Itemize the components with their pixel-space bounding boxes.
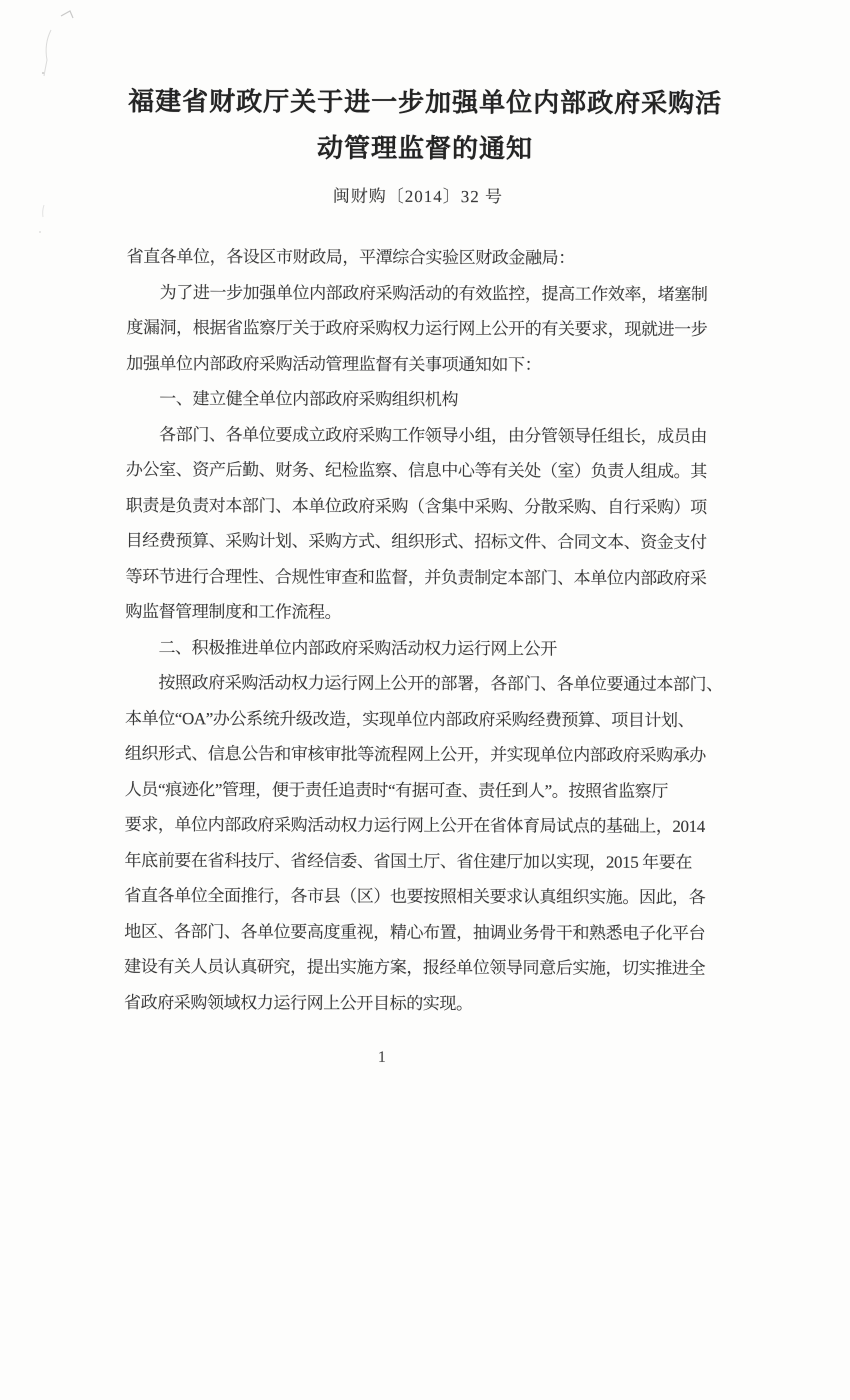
body-line: 二、积极推进单位内部政府采购活动权力运行网上公开 — [125, 629, 725, 667]
page-number: 1 — [378, 1049, 386, 1067]
body-line: 年底前要在省科技厅、省经信委、省国土厅、省住建厅加以实现，2015 年要在 — [124, 842, 724, 880]
body-line: 职责是负责对本部门、本单位政府采购（含集中采购、分散采购、自行采购）项 — [126, 487, 726, 525]
body-line: 办公室、资产后勤、财务、纪检监察、信息中心等有关处（室）负责人组成。其 — [126, 452, 726, 490]
body-line: 要求，单位内部政府采购活动权力运行网上公开在省体育局试点的基础上，2014 — [125, 807, 725, 845]
body-line: 人员“痕迹化”管理，便于责任追责时“有据可查、责任到人”。按照省监察厅 — [125, 771, 725, 809]
body-line: 目经费预算、采购计划、采购方式、组织形式、招标文件、合同文本、资金支付 — [126, 523, 726, 561]
body-line: 建设有关人员认真研究，提出实施方案，报经单位领导同意后实施，切实推进全 — [124, 949, 724, 987]
body-line: 省政府采购领域权力运行网上公开目标的实现。 — [124, 984, 724, 1022]
body-line: 等环节进行合理性、合规性审查和监督，并负责制定本部门、本单位内部政府采 — [125, 558, 725, 596]
body-line: 为了进一步加强单位内部政府采购活动的有效监控，提高工作效率，堵塞制 — [126, 274, 726, 312]
document-body: 省直各单位，各设区市财政局，平潭综合实验区财政金融局： 为了进一步加强单位内部政… — [124, 239, 727, 1022]
document-title-line1: 福建省财政厅关于进一步加强单位内部政府采购活 — [40, 79, 810, 128]
body-line: 一、建立健全单位内部政府采购组织机构 — [126, 381, 726, 419]
body-line: 加强单位内部政府采购活动管理监督有关事项通知如下： — [126, 345, 726, 383]
document-title-line2: 动管理监督的通知 — [40, 125, 810, 174]
body-line: 购监督管理制度和工作流程。 — [125, 594, 725, 632]
body-line: 各部门、各单位要成立政府采购工作领导小组，由分管领导任组长，成员由 — [126, 416, 726, 454]
document-number: 闽财购〔2014〕32 号 — [0, 181, 836, 209]
body-line: 省直各单位，各设区市财政局，平潭综合实验区财政金融局： — [127, 239, 727, 277]
body-line: 度漏洞，根据省监察厅关于政府采购权力运行网上公开的有关要求，现就进一步 — [126, 310, 726, 348]
scanned-document-page: 福建省财政厅关于进一步加强单位内部政府采购活 动管理监督的通知 闽财购〔2014… — [0, 0, 850, 1400]
body-line: 按照政府采购活动权力运行网上公开的部署，各部门、各单位要通过本部门、 — [125, 665, 725, 703]
document-title: 福建省财政厅关于进一步加强单位内部政府采购活 动管理监督的通知 — [40, 79, 810, 174]
document-content: 福建省财政厅关于进一步加强单位内部政府采购活 动管理监督的通知 闽财购〔2014… — [0, 0, 850, 1400]
body-line: 组织形式、信息公告和审核审批等流程网上公开，并实现单位内部政府采购承办 — [125, 736, 725, 774]
body-line: 省直各单位全面推行，各市县（区）也要按照相关要求认真组织实施。因此，各 — [124, 878, 724, 916]
body-line: 本单位“OA”办公系统升级改造，实现单位内部政府采购经费预算、项目计划、 — [125, 700, 725, 738]
body-line: 地区、各部门、各单位要高度重视，精心布置，抽调业务骨干和熟悉电子化平台 — [124, 913, 724, 951]
